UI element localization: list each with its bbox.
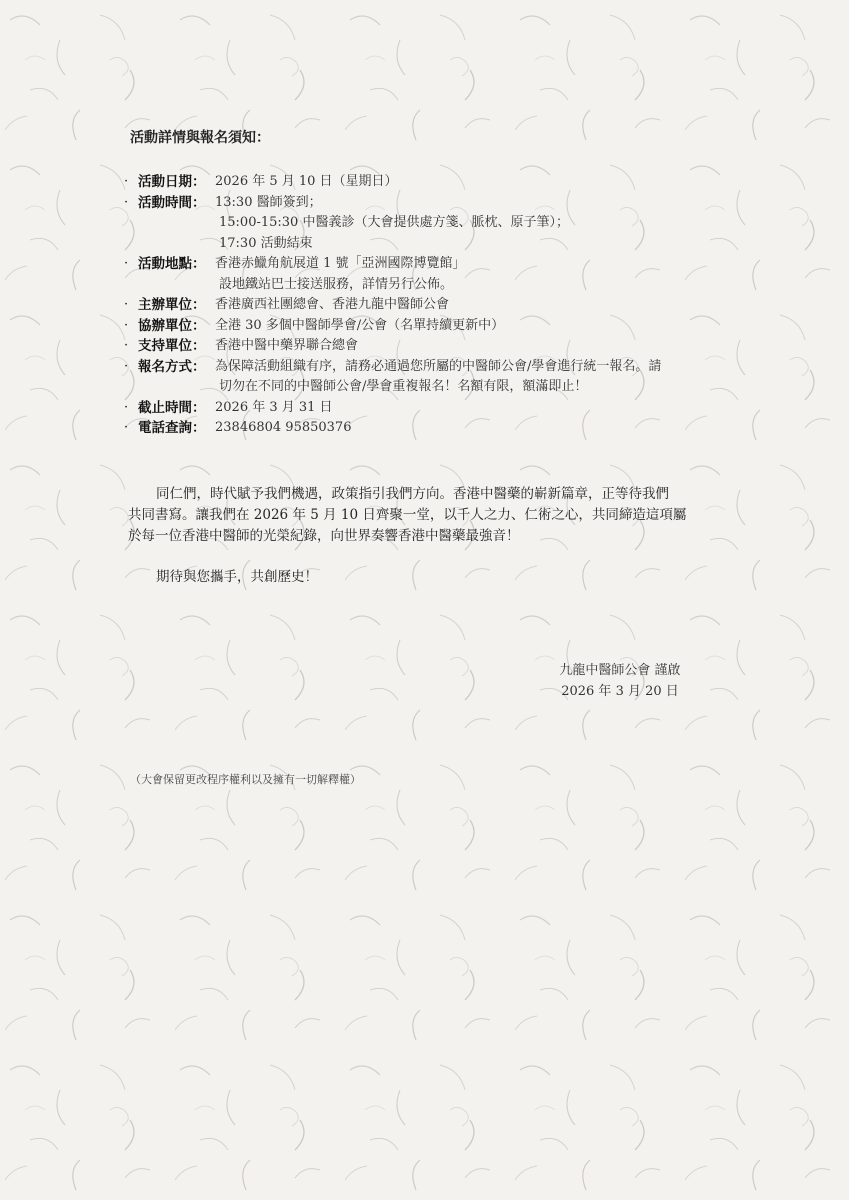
detail-value: 17:30 活動結束: [124, 234, 744, 255]
detail-item-phone: · 電話查詢： 23846804 95850376: [124, 418, 744, 439]
signature-organization: 九龍中醫師公會 謹啟: [540, 660, 700, 681]
bullet-icon: ·: [124, 418, 138, 439]
detail-value: 香港赤鱲角航展道 1 號「亞洲國際博覽館」: [124, 254, 744, 275]
detail-label: 活動地點：: [138, 254, 206, 275]
bullet-icon: ·: [124, 172, 138, 193]
detail-value: 2026 年 5 月 10 日（星期日）: [124, 172, 744, 193]
bullet-icon: ·: [124, 357, 138, 378]
detail-item-supporter: · 支持單位： 香港中醫中藥界聯合總會: [124, 336, 744, 357]
document-page: 活動詳情與報名須知： · 活動日期： 2026 年 5 月 10 日（星期日） …: [0, 0, 849, 1200]
detail-item-date: · 活動日期： 2026 年 5 月 10 日（星期日）: [124, 172, 744, 193]
closing-paragraph: 期待與您攜手，共創歷史！: [128, 567, 718, 588]
detail-label: 截止時間：: [138, 398, 206, 419]
bullet-icon: ·: [124, 193, 138, 214]
appeal-paragraph: 同仁們，時代賦予我們機遇，政策指引我們方向。香港中醫藥的嶄新篇章，正等待我們 共…: [128, 484, 718, 547]
event-details-list: · 活動日期： 2026 年 5 月 10 日（星期日） · 活動時間： 13:…: [124, 172, 744, 439]
detail-value: 香港中醫中藥界聯合總會: [124, 336, 744, 357]
detail-value: 設地鐵站巴士接送服務，詳情另行公佈。: [124, 275, 744, 296]
detail-label: 支持單位：: [138, 336, 206, 357]
detail-label: 協辦單位：: [138, 316, 206, 337]
signature-block: 九龍中醫師公會 謹啟 2026 年 3 月 20 日: [540, 660, 700, 702]
bullet-icon: ·: [124, 295, 138, 316]
bullet-icon: ·: [124, 336, 138, 357]
detail-value: 為保障活動組織有序，請務必通過您所屬的中醫師公會/學會進行統一報名。請: [124, 357, 744, 378]
detail-label: 活動時間：: [138, 193, 206, 214]
detail-label: 電話查詢：: [138, 418, 206, 439]
paragraph-line: 期待與您攜手，共創歷史！: [128, 567, 718, 588]
signature-date: 2026 年 3 月 20 日: [540, 681, 700, 702]
detail-item-registration: · 報名方式： 為保障活動組織有序，請務必通過您所屬的中醫師公會/學會進行統一報…: [124, 357, 744, 398]
detail-value: 13:30 醫師簽到；: [124, 193, 744, 214]
detail-value: 全港 30 多個中醫師學會/公會（名單持續更新中）: [124, 316, 744, 337]
disclaimer-note: （大會保留更改程序權利以及擁有一切解釋權）: [130, 771, 361, 787]
detail-item-time: · 活動時間： 13:30 醫師簽到； 15:00-15:30 中醫義診（大會提…: [124, 193, 744, 255]
section-heading: 活動詳情與報名須知：: [130, 127, 270, 147]
detail-label: 主辦單位：: [138, 295, 206, 316]
bullet-icon: ·: [124, 316, 138, 337]
detail-value: 15:00-15:30 中醫義診（大會提供處方箋、脈枕、原子筆）；: [124, 213, 744, 234]
detail-value: 2026 年 3 月 31 日: [124, 398, 744, 419]
detail-value: 香港廣西社團總會、香港九龍中醫師公會: [124, 295, 744, 316]
detail-item-co-organizer: · 協辦單位： 全港 30 多個中醫師學會/公會（名單持續更新中）: [124, 316, 744, 337]
detail-label: 報名方式：: [138, 357, 206, 378]
detail-value: 切勿在不同的中醫師公會/學會重複報名！名額有限，額滿即止！: [124, 377, 744, 398]
paragraph-line: 於每一位香港中醫師的光榮紀錄，向世界奏響香港中醫藥最強音！: [128, 526, 718, 547]
detail-item-organizer: · 主辦單位： 香港廣西社團總會、香港九龍中醫師公會: [124, 295, 744, 316]
paragraph-line: 同仁們，時代賦予我們機遇，政策指引我們方向。香港中醫藥的嶄新篇章，正等待我們: [128, 484, 718, 505]
detail-item-deadline: · 截止時間： 2026 年 3 月 31 日: [124, 398, 744, 419]
bullet-icon: ·: [124, 254, 138, 275]
detail-label: 活動日期：: [138, 172, 206, 193]
bullet-icon: ·: [124, 398, 138, 419]
detail-value: 23846804 95850376: [124, 418, 744, 439]
paragraph-line: 共同書寫。讓我們在 2026 年 5 月 10 日齊聚一堂，以千人之力、仁術之心…: [128, 505, 718, 526]
detail-item-venue: · 活動地點： 香港赤鱲角航展道 1 號「亞洲國際博覽館」 設地鐵站巴士接送服務…: [124, 254, 744, 295]
